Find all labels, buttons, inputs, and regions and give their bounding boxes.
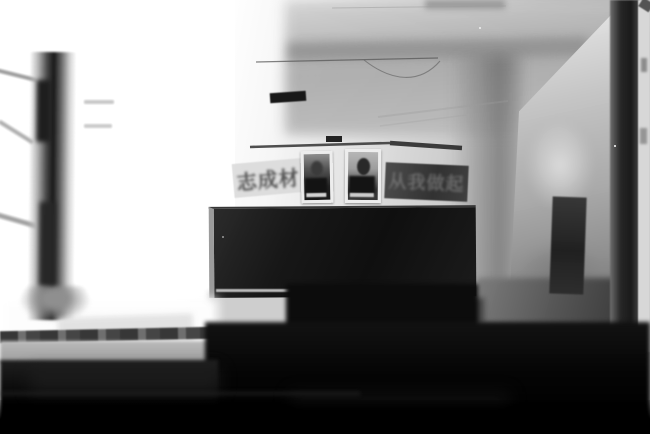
slogan-banner-left: 志成材 (232, 158, 305, 198)
photo-right-edge (638, 0, 650, 352)
portrait-left (301, 151, 334, 204)
slogan-banner-right-text: 从我做起 (388, 167, 465, 196)
portrait-caption-strip (306, 193, 326, 197)
portrait-head (357, 158, 370, 175)
right-door-frame (610, 0, 640, 352)
portrait-right (345, 149, 381, 203)
edge-mark (641, 58, 647, 72)
chalk-specks (222, 236, 224, 238)
slogan-banner-left-text: 志成材 (235, 161, 300, 195)
slogan-banner-right: 从我做起 (384, 162, 468, 202)
edge-mark (640, 128, 647, 144)
wall-mark (84, 124, 112, 128)
dust-specks (0, 0, 2, 2)
ceiling-smudge (425, 0, 505, 9)
wall-mark (84, 100, 114, 104)
classroom-photograph: 志成材 从我做起 (0, 0, 650, 434)
foreground-soft-light (30, 368, 220, 394)
edge-mark (638, 0, 650, 12)
portrait-shoulders (305, 178, 327, 194)
portrait-caption-strip (350, 193, 374, 197)
portrait-shoulders (349, 176, 375, 194)
post-stain (39, 202, 56, 286)
door-frame-post (27, 52, 77, 320)
bottom-shadow (0, 400, 650, 434)
post-stain (36, 80, 51, 142)
foreground-desk-line (0, 392, 360, 395)
portrait-head (311, 161, 323, 176)
wall-opening (549, 196, 586, 294)
